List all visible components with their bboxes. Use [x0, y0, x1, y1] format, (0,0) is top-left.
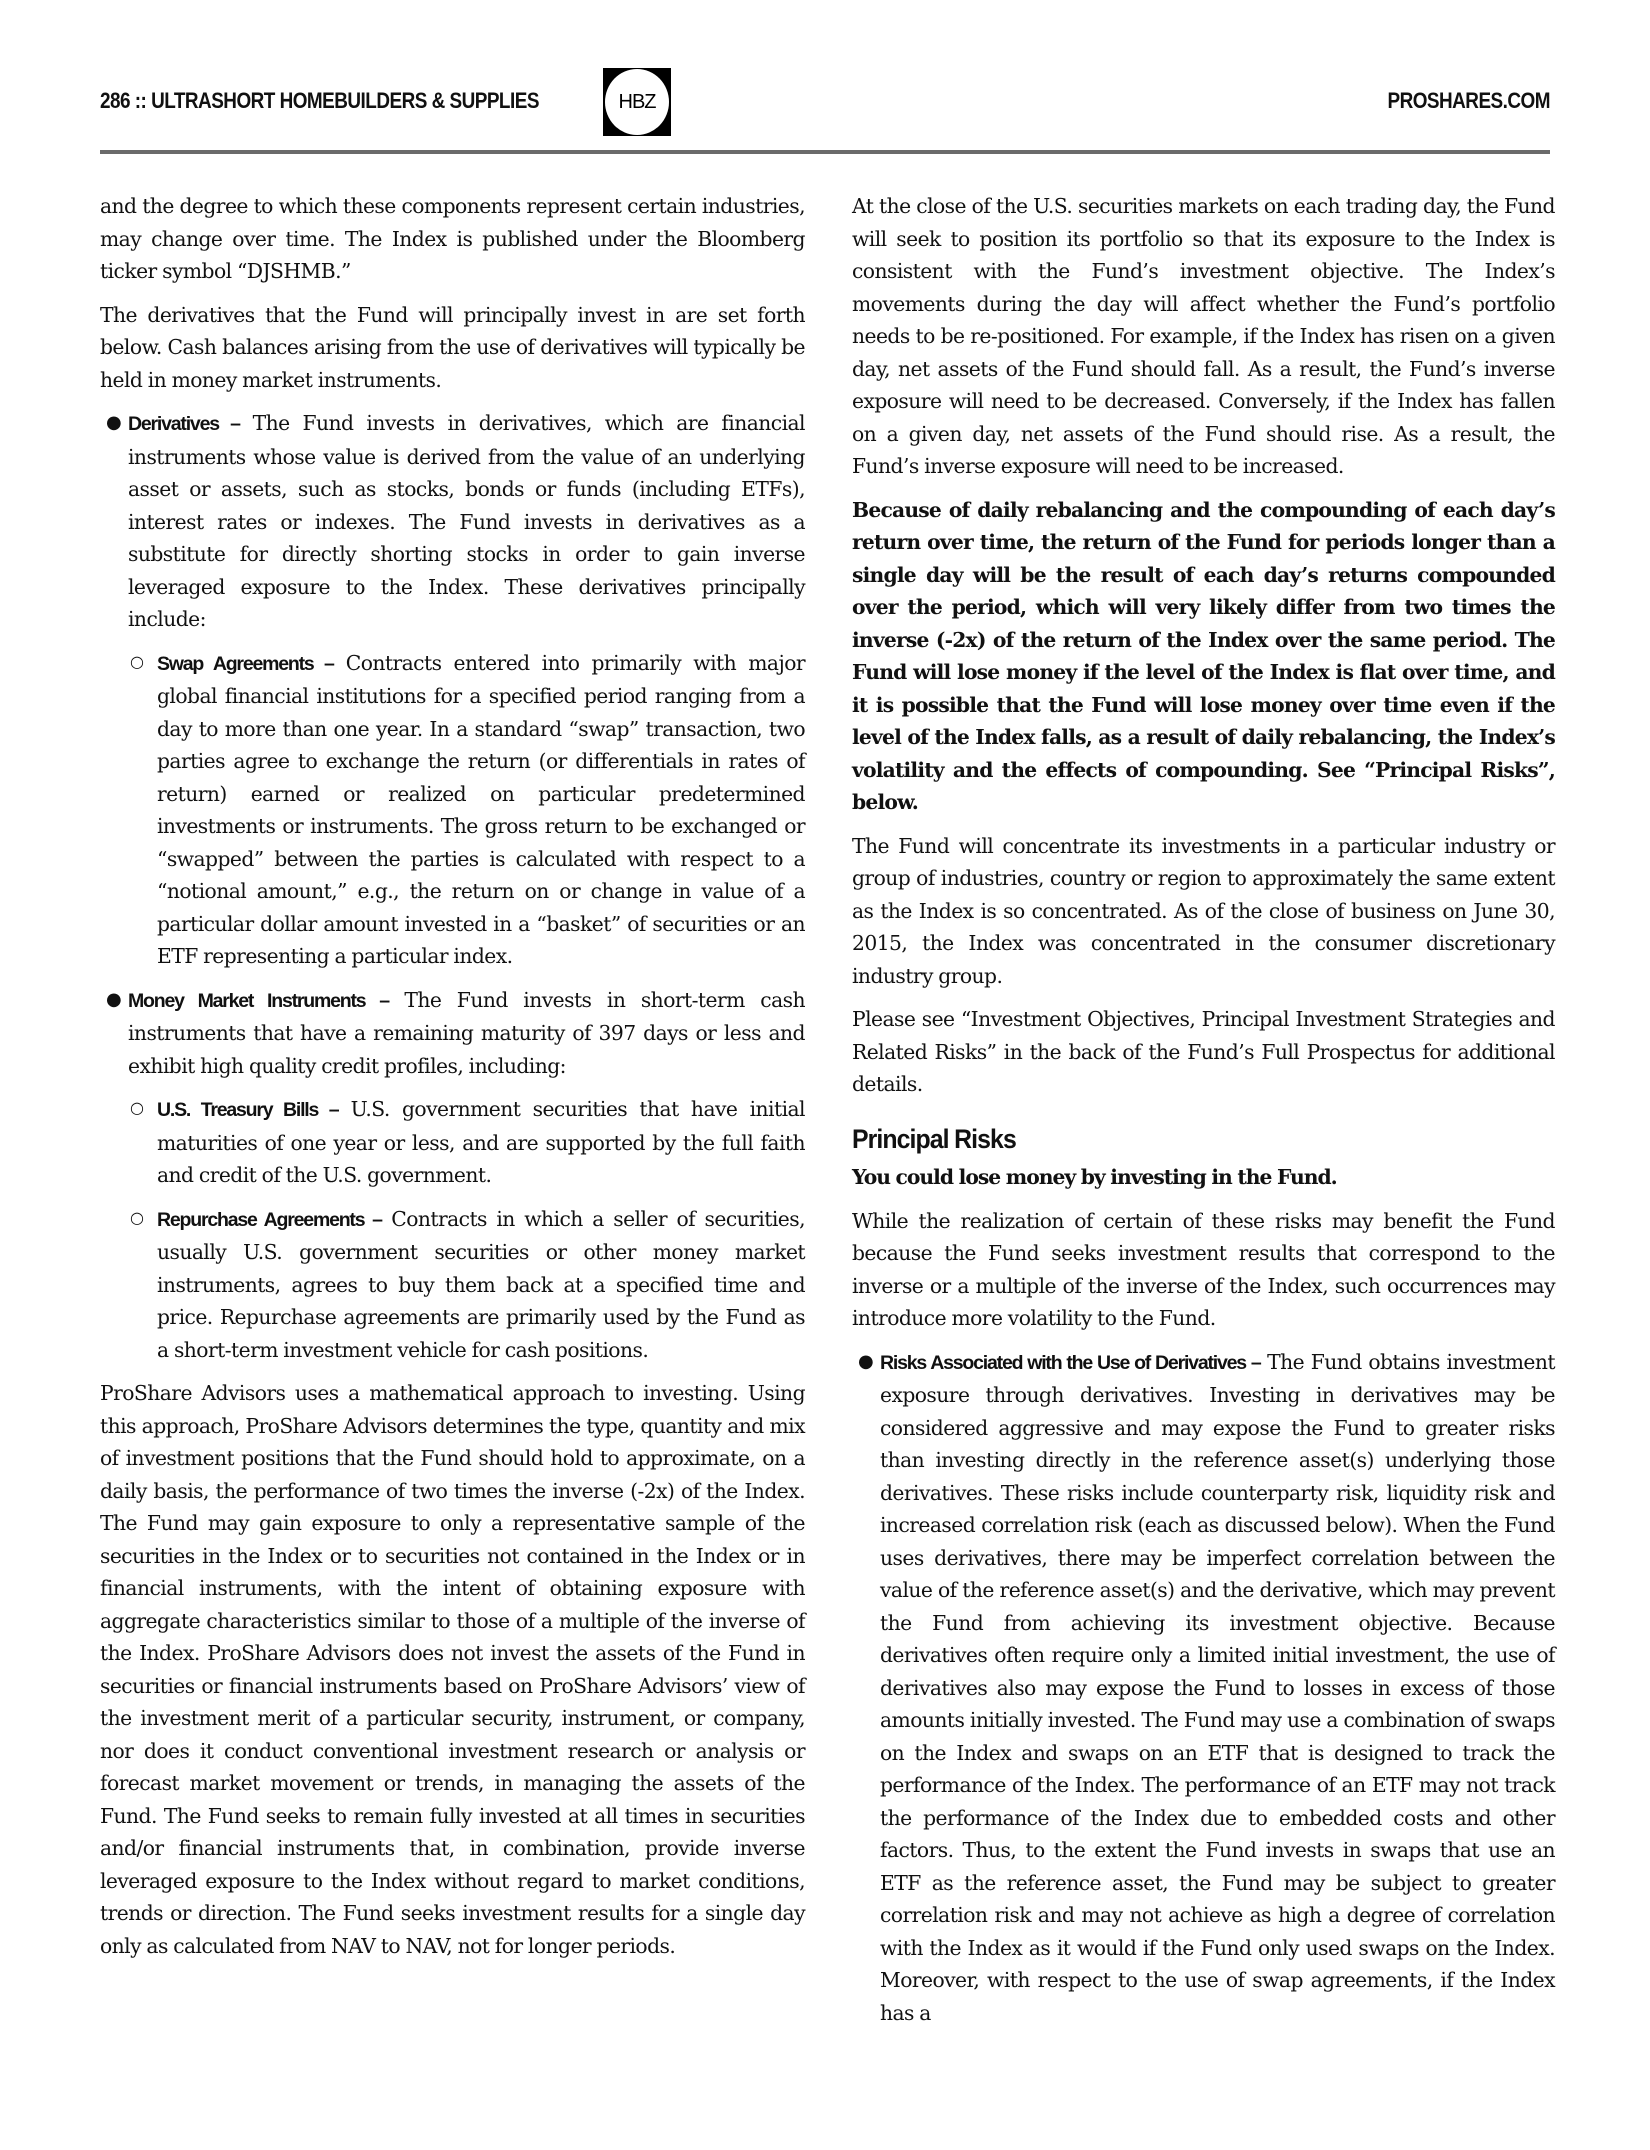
item-label: Repurchase Agreements –	[157, 1209, 382, 1231]
item-text: The Fund obtains investment exposure thr…	[880, 1350, 1555, 2025]
list-item-derivatives: ● Derivatives – The Fund invests in deri…	[100, 407, 805, 636]
list-item-treasury-bills: ○ U.S. Treasury Bills – U.S. government …	[100, 1093, 805, 1192]
instrument-list: ● Derivatives – The Fund invests in deri…	[100, 407, 805, 1366]
left-column: and the degree to which these components…	[100, 190, 805, 1973]
list-item-repurchase-agreements: ○ Repurchase Agreements – Contracts in w…	[100, 1203, 805, 1367]
page-number-and-fund-title: 286 :: ULTRASHORT HOMEBUILDERS & SUPPLIE…	[100, 88, 539, 114]
risk-subheading: You could lose money by investing in the…	[852, 1161, 1555, 1194]
paragraph-compounding-warning: Because of daily rebalancing and the com…	[852, 494, 1555, 819]
risk-list: ● Risks Associated with the Use of Deriv…	[852, 1346, 1555, 2030]
item-label: Risks Associated with the Use of Derivat…	[880, 1352, 1261, 1374]
item-text: Contracts entered into primarily with ma…	[157, 651, 805, 969]
bullet-icon: ●	[106, 407, 121, 440]
paragraph-see-prospectus: Please see “Investment Objectives, Princ…	[852, 1003, 1555, 1101]
list-item-derivatives-risk: ● Risks Associated with the Use of Deriv…	[852, 1346, 1555, 2030]
paragraph-risk-intro: While the realization of certain of thes…	[852, 1205, 1555, 1335]
website-label: PROSHARES.COM	[1387, 88, 1550, 114]
circle-bullet-icon: ○	[130, 1202, 143, 1235]
paragraph-concentration: The Fund will concentrate its investment…	[852, 830, 1555, 993]
paragraph-investment-approach: ProShare Advisors uses a mathematical ap…	[100, 1377, 805, 1962]
item-label: Money Market Instruments –	[128, 990, 389, 1012]
paragraph-daily-positioning: At the close of the U.S. securities mark…	[852, 190, 1555, 483]
item-text: The Fund invests in derivatives, which a…	[128, 411, 805, 631]
paragraph-index-description: and the degree to which these components…	[100, 190, 805, 288]
item-label: Derivatives –	[128, 413, 240, 435]
item-label: U.S. Treasury Bills –	[157, 1099, 338, 1121]
list-item-money-market-instruments: ● Money Market Instruments – The Fund in…	[100, 984, 805, 1083]
bullet-icon: ●	[106, 984, 121, 1017]
ticker-badge: HBZ	[603, 68, 671, 136]
page-header: 286 :: ULTRASHORT HOMEBUILDERS & SUPPLIE…	[100, 0, 1550, 160]
header-divider	[100, 150, 1550, 154]
list-item-swap-agreements: ○ Swap Agreements – Contracts entered in…	[100, 647, 805, 973]
bullet-icon: ●	[858, 1346, 873, 1379]
circle-bullet-icon: ○	[130, 1092, 143, 1125]
section-heading-principal-risks: Principal Risks	[852, 1123, 1499, 1156]
right-column: At the close of the U.S. securities mark…	[852, 190, 1555, 2040]
ticker-badge-label: HBZ	[605, 69, 669, 135]
paragraph-derivatives-intro: The derivatives that the Fund will princ…	[100, 299, 805, 397]
circle-bullet-icon: ○	[130, 646, 143, 679]
item-label: Swap Agreements –	[157, 653, 334, 675]
